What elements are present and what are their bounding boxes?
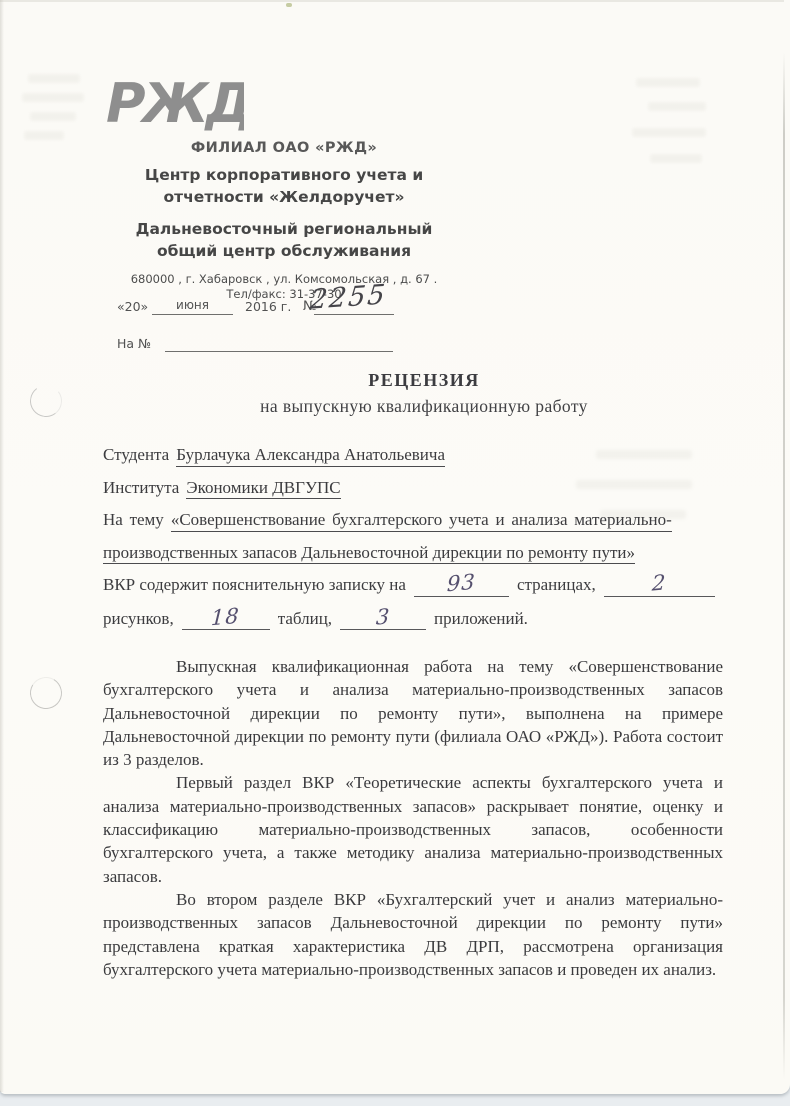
scan-edge-right [783,52,785,1080]
appendices-label: приложений. [434,608,528,630]
institute-label: Института [103,478,179,497]
org-name-line1: Центр корпоративного учета и [95,165,473,187]
address-line: 680000 , г. Хабаровск , ул. Комсомольска… [95,272,473,287]
pages-count-handwritten: 93 [447,576,476,591]
body-paragraph: Первый раздел ВКР «Теоретические аспекты… [103,771,723,887]
contents-lead: ВКР содержит пояснительную записку на [103,574,406,596]
tables-count-handwritten: 18 [211,609,240,624]
scan-edge-top [0,0,784,2]
body-paragraph: Выпускная квалификационная работа на тем… [103,655,723,771]
tables-label: таблиц, [278,608,332,630]
reply-number-label: На № [117,336,151,351]
scanned-review-document: РЖД ФИЛИАЛ ОАО «РЖД» Центр корпоративног… [0,0,790,1106]
drawings-blank: 2 [604,574,715,597]
date-day: «20» [117,299,148,314]
review-form: СтудентаБурлачука Александра Анатольевич… [103,444,723,641]
body-paragraph: Во втором разделе ВКР «Бухгалтерский уче… [103,888,723,981]
appendices-blank: 3 [340,608,426,631]
service-center-line2: общий центр обслуживания [95,241,473,263]
bleed-through-artifact [22,93,84,102]
review-body: Выпускная квалификационная работа на тем… [103,655,723,981]
date-month-blank: июня [152,297,233,315]
topic-label: На тему [103,510,164,529]
topic-line-1: На тему«Совершенствование бухгалтерского… [103,509,723,531]
institute-line: ИнститутаЭкономики ДВГУПС [103,477,723,499]
bleed-through-artifact [632,128,706,137]
topic-text-2: производственных запасов Дальневосточной… [103,543,635,565]
scan-edge-left [0,0,4,1092]
drawings-count-handwritten: 2 [652,576,667,589]
bleed-through-artifact [648,102,706,111]
scan-speck [286,3,292,7]
student-label: Студента [103,445,169,464]
reply-number-row: На № [113,336,483,354]
date-number-row: «20» июня 2016 г. № 2255 [113,299,483,317]
topic-line-2: производственных запасов Дальневосточной… [103,542,723,564]
reply-number-blank [165,334,393,352]
document-title: РЕЦЕНЗИЯ [100,370,748,391]
drawings-label: рисунков, [103,608,174,630]
bleed-through-artifact [28,74,80,83]
document-subtitle: на выпускную квалификационную работу [100,396,748,417]
date-month: июня [176,298,209,312]
contents-line-1: ВКР содержит пояснительную записку на 93… [103,574,723,597]
bleed-through-artifact [636,78,700,87]
contents-line-2: рисунков, 18 таблиц, 3 приложений. [103,608,723,631]
bleed-through-artifact [30,112,76,121]
org-name-line2: отчетности «Желдоручет» [95,187,473,209]
appendices-count-handwritten: 3 [376,610,391,623]
bleed-through-artifact [24,131,64,140]
institute-name: Экономики ДВГУПС [186,478,340,500]
pages-blank: 93 [414,574,509,597]
rzd-logo: РЖД [104,66,244,138]
tables-blank: 18 [182,608,270,631]
pages-label: страницах, [517,574,596,596]
outgoing-number-handwritten: 2255 [308,279,388,316]
bleed-through-artifact [650,154,702,163]
service-center-line1: Дальневосточный региональный [95,219,473,241]
date-year: 2016 г. [245,299,291,314]
branch-name: ФИЛИАЛ ОАО «РЖД» [95,140,473,156]
topic-text-1: «Совершенствование бухгалтерского учета … [171,510,672,532]
rzd-logo-text: РЖД [106,72,244,135]
student-line: СтудентаБурлачука Александра Анатольевич… [103,444,723,466]
student-name: Бурлачука Александра Анатольевича [176,445,445,467]
letterhead: ФИЛИАЛ ОАО «РЖД» Центр корпоративного уч… [95,140,473,302]
